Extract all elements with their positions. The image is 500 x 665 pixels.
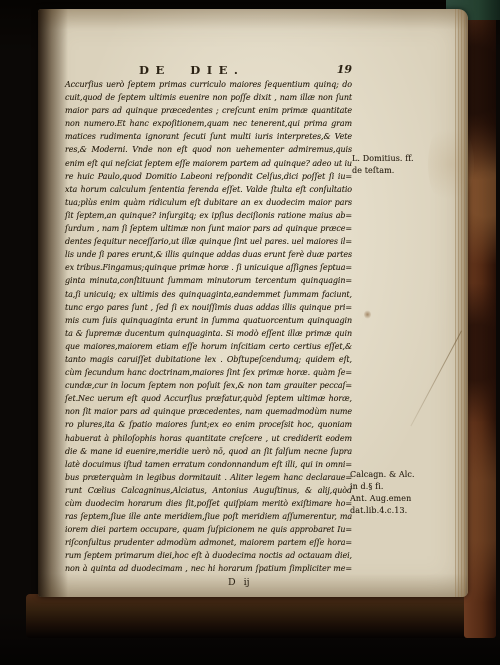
book-cover-bottom-edge bbox=[26, 594, 478, 638]
text-line: bus præterquàm in legibus dormitauit . A… bbox=[65, 471, 352, 484]
book-page: DE DIE. 19 Accurſius uerò ſeptem primas … bbox=[38, 9, 468, 597]
margin-note-line: Ant. Aug.emen bbox=[350, 493, 460, 505]
text-line: tua;plùs enim quàm ridiculum eſt dubitar… bbox=[65, 196, 352, 209]
text-line: que maiores,maiorem etiam eſſe horum inſ… bbox=[65, 340, 352, 353]
text-line: lis unde ſi pares erunt,& illis quinque … bbox=[65, 248, 352, 261]
text-block: DE DIE. 19 Accurſius uerò ſeptem primas … bbox=[65, 63, 352, 588]
text-line: ſit ſeptem,an quinque? inſurgitq; ex ipſ… bbox=[65, 209, 352, 222]
page-number: 19 bbox=[337, 63, 352, 76]
text-line: enim eſt qui neſciat ſeptem eſſe maiorem… bbox=[65, 157, 352, 170]
text-line: riſconſultus prudenter admodùm admonet, … bbox=[65, 536, 352, 549]
text-line: cùm duodecim horarum dies ſit,poſſet qui… bbox=[65, 497, 352, 510]
running-header: DE DIE. 19 bbox=[65, 63, 352, 78]
text-line: maior pars ad quinque præcedentes ; creſ… bbox=[65, 104, 352, 117]
text-line: dentes ſequitur neceſſario,ut illæ quinq… bbox=[65, 235, 352, 248]
text-line: non ſit maior pars ad quinque præcedente… bbox=[65, 405, 352, 418]
paper-stain bbox=[364, 310, 371, 319]
text-line: ſurdum , nam ſi ſeptem ultimæ non ſunt m… bbox=[65, 222, 352, 235]
body-text: Accurſius uerò ſeptem primas curriculo m… bbox=[65, 78, 352, 576]
text-line: ro plures,ita & ſpatio maiores ſunt;ex e… bbox=[65, 418, 352, 431]
text-line: cùm ſecundum hanc doctrinam,maiores ſint… bbox=[65, 366, 352, 379]
margin-note-2: Calcagn. & Alc.in d.§ fi.Ant. Aug.emenda… bbox=[350, 469, 460, 517]
gutter-shadow bbox=[38, 9, 68, 597]
header-title: DE DIE. bbox=[139, 63, 244, 77]
text-line: runt Cœlius Calcagninus,Alciatus, Antoni… bbox=[65, 484, 352, 497]
text-line: res,& Moderni. Vnde non eſt quod non ueh… bbox=[65, 143, 352, 156]
text-line: ta,ſi unicuiq; ex ultimis des quinquagin… bbox=[65, 288, 352, 301]
signature-mark: D ij bbox=[65, 577, 352, 588]
margin-note-line: L. Domitius. ff. bbox=[352, 153, 462, 165]
margin-note-1: L. Domitius. ff.de teſtam. bbox=[352, 153, 462, 176]
text-line: latè docuimus iſtud tamen erratum condon… bbox=[65, 458, 352, 471]
text-line: rum ſeptem primarum diei,hoc eſt à duode… bbox=[65, 549, 352, 562]
margin-note-line: Calcagn. & Alc. bbox=[350, 469, 460, 481]
text-line: cundæ,cur in locum ſeptem non poſuit ſex… bbox=[65, 379, 352, 392]
margin-note-line: dat.lib.4.c.13. bbox=[350, 505, 460, 517]
text-line: ſet.Nec uerum eſt quod Accurſius præfatu… bbox=[65, 392, 352, 405]
text-line: non numero.Et hanc expoſitionem,quam nec… bbox=[65, 117, 352, 130]
text-line: iorem diei partem occupare, quam ſuſpici… bbox=[65, 523, 352, 536]
book-cover-right-edge bbox=[464, 4, 496, 638]
text-line: ex tribus.Fingamus;quinque primæ horæ . … bbox=[65, 261, 352, 274]
text-line: Accurſius uerò ſeptem primas curriculo m… bbox=[65, 78, 352, 91]
text-line: cuit,quod de ſeptem ultimis euenire non … bbox=[65, 91, 352, 104]
margin-note-line: de teſtam. bbox=[352, 165, 462, 177]
photo-background: DE DIE. 19 Accurſius uerò ſeptem primas … bbox=[0, 0, 500, 665]
text-line: ta & ſupremæ ducentum quinquaginta. Si m… bbox=[65, 327, 352, 340]
text-line: tunc ergo pares ſunt , ſed ſi ex nouiſſi… bbox=[65, 301, 352, 314]
text-line: matices rudimenta ignorant ſecuti ſunt m… bbox=[65, 130, 352, 143]
text-line: ginta minuta,conſtituunt ſummam minutoru… bbox=[65, 274, 352, 287]
text-line: non à quinta ad duodecimam , nec hi hora… bbox=[65, 562, 352, 575]
text-line: xta horum calculum ſententia ferenda eſſ… bbox=[65, 183, 352, 196]
text-line: tanto magis caruiſſet dubitatione lex . … bbox=[65, 353, 352, 366]
text-line: re huic Paulo,quod Domitio Labeoni reſpo… bbox=[65, 170, 352, 183]
margin-note-line: in d.§ fi. bbox=[350, 481, 460, 493]
text-line: mis cum ſuis quinquaginta erunt in ſumma… bbox=[65, 314, 352, 327]
text-line: habuerat à philoſophis horas quantitate … bbox=[65, 432, 352, 445]
text-line: ras ſeptem,ſiue ille ante meridiem,ſiue … bbox=[65, 510, 352, 523]
text-line: die & mane id euenire,meridie uerò nō, q… bbox=[65, 445, 352, 458]
